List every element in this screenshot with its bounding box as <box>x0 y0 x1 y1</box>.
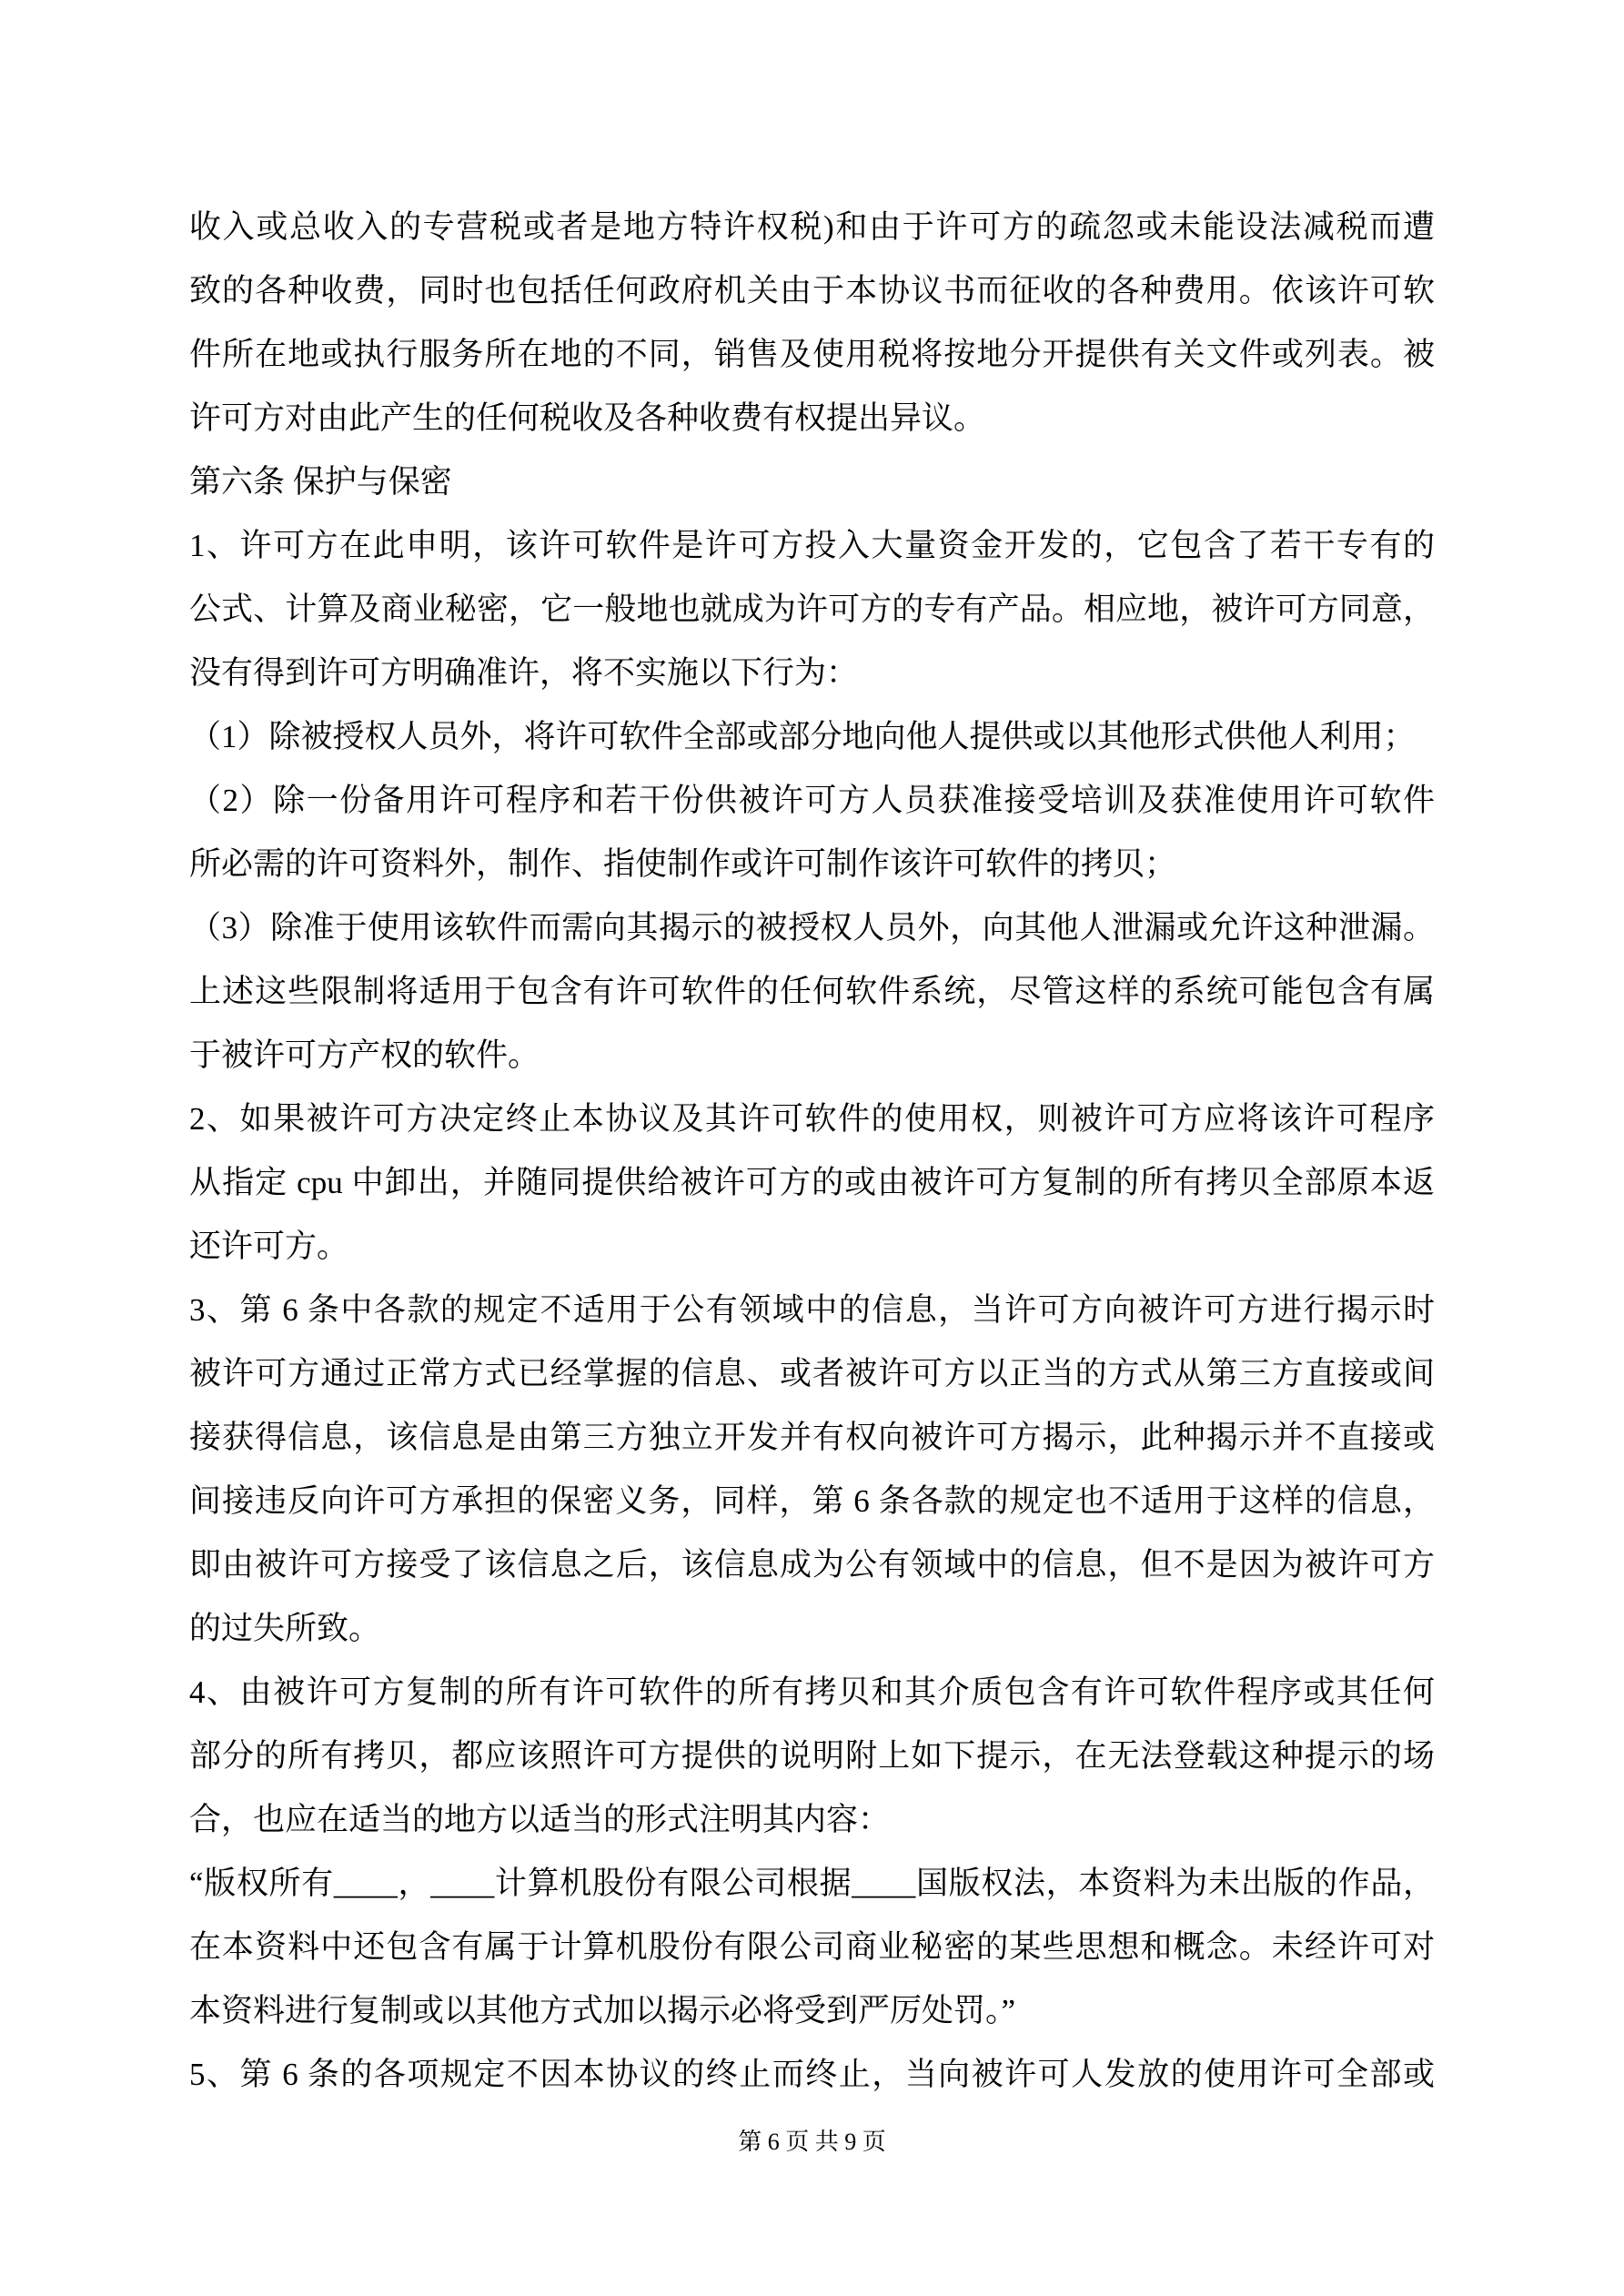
text-line: 合，也应在适当的地方以适当的形式注明其内容： <box>189 1788 1435 1852</box>
page-number-footer: 第 6 页 共 9 页 <box>0 2126 1624 2159</box>
text-line: 间接违反向许可方承担的保密义务，同样，第 6 条各款的规定也不适用于这样的信息， <box>189 1470 1435 1533</box>
text-line: 致的各种收费，同时也包括任何政府机关由于本协议书而征收的各种费用。依该许可软 <box>189 259 1435 323</box>
text-line: 5、第 6 条的各项规定不因本协议的终止而终止，当向被许可人发放的使用许可全部或 <box>189 2043 1435 2107</box>
text-line: 3、第 6 条中各款的规定不适用于公有领域中的信息，当许可方向被许可方进行揭示时 <box>189 1279 1435 1342</box>
text-line: 被许可方通过正常方式已经掌握的信息、或者被许可方以正当的方式从第三方直接或间 <box>189 1342 1435 1406</box>
text-line: 4、由被许可方复制的所有许可软件的所有拷贝和其介质包含有许可软件程序或其任何 <box>189 1661 1435 1725</box>
text-line: （2）除一份备用许可程序和若干份供被许可方人员获准接受培训及获准使用许可软件 <box>189 769 1435 833</box>
text-line: 在本资料中还包含有属于计算机股份有限公司商业秘密的某些思想和概念。未经许可对 <box>189 1916 1435 1979</box>
text-line: 部分的所有拷贝，都应该照许可方提供的说明附上如下提示，在无法登载这种提示的场 <box>189 1725 1435 1788</box>
text-line: 没有得到许可方明确准许，将不实施以下行为： <box>189 642 1435 705</box>
text-line: 于被许可方产权的软件。 <box>189 1024 1435 1087</box>
text-line: 接获得信息，该信息是由第三方独立开发并有权向被许可方揭示，此种揭示并不直接或 <box>189 1406 1435 1470</box>
text-line: 许可方对由此产生的任何税收及各种收费有权提出异议。 <box>189 387 1435 450</box>
document-page: 收入或总收入的专营税或者是地方特许权税)和由于许可方的疏忽或未能设法减税而遭致的… <box>0 0 1624 2296</box>
text-line: 收入或总收入的专营税或者是地方特许权税)和由于许可方的疏忽或未能设法减税而遭 <box>189 196 1435 259</box>
text-line: 还许可方。 <box>189 1215 1435 1279</box>
text-line: 即由被许可方接受了该信息之后，该信息成为公有领域中的信息，但不是因为被许可方 <box>189 1533 1435 1597</box>
text-line: “版权所有____，____计算机股份有限公司根据____国版权法，本资料为未出… <box>189 1852 1435 1916</box>
text-line: 1、许可方在此申明，该许可软件是许可方投入大量资金开发的，它包含了若干专有的 <box>189 514 1435 578</box>
text-line: 的过失所致。 <box>189 1597 1435 1661</box>
text-line: 上述这些限制将适用于包含有许可软件的任何软件系统，尽管这样的系统可能包含有属 <box>189 960 1435 1024</box>
text-line: 公式、计算及商业秘密，它一般地也就成为许可方的专有产品。相应地，被许可方同意， <box>189 578 1435 642</box>
text-line: 件所在地或执行服务所在地的不同，销售及使用税将按地分开提供有关文件或列表。被 <box>189 323 1435 387</box>
section-heading-line: 第六条 保护与保密 <box>189 450 1435 514</box>
text-line: 本资料进行复制或以其他方式加以揭示必将受到严厉处罚。” <box>189 1979 1435 2043</box>
text-line: 从指定 cpu 中卸出，并随同提供给被许可方的或由被许可方复制的所有拷贝全部原本… <box>189 1151 1435 1215</box>
text-line: （3）除准于使用该软件而需向其揭示的被授权人员外，向其他人泄漏或允许这种泄漏。 <box>189 896 1435 960</box>
text-line: （1）除被授权人员外，将许可软件全部或部分地向他人提供或以其他形式供他人利用； <box>189 705 1435 769</box>
text-line: 所必需的许可资料外，制作、指使制作或许可制作该许可软件的拷贝； <box>189 833 1435 896</box>
document-body: 收入或总收入的专营税或者是地方特许权税)和由于许可方的疏忽或未能设法减税而遭致的… <box>189 196 1435 2107</box>
text-line: 2、如果被许可方决定终止本协议及其许可软件的使用权，则被许可方应将该许可程序 <box>189 1087 1435 1151</box>
